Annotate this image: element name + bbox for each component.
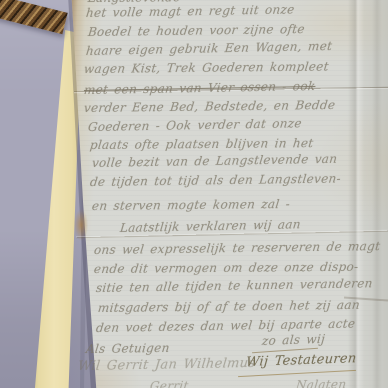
photo-of-manuscript: Langstlevende het volle magt en regt uit… — [0, 0, 388, 388]
witness-label: Als Getuigen — [85, 342, 170, 355]
clipped-bottom-text: Nalaten — [295, 378, 347, 388]
manuscript-line: Boedel te houden voor zijne ofte — [87, 23, 305, 38]
manuscript-line: wagen Kist, Trek Goederen kompleet — [83, 60, 329, 75]
manuscript-line: Goederen - Ook verder dat onze — [87, 117, 302, 133]
signature-right: Wij Testateuren — [245, 352, 357, 369]
manuscript-line: ende dit vermogen om deze onze dispo- — [93, 261, 359, 275]
paper-edge-stain — [72, 205, 90, 245]
vertical-fold-crease-2 — [372, 0, 382, 388]
manuscript-line: en sterven mogte komen zal - — [91, 198, 290, 212]
manuscript-line: verder Eene Bed, Bedstede, en Bedde — [83, 99, 336, 114]
manuscript-line: Langstlevende — [87, 0, 181, 4]
manuscript-line: plaats ofte plaatsen blijven in het — [89, 137, 314, 151]
manuscript-line: Laatstlijk verklaren wij aan — [119, 218, 301, 234]
manuscript-line: mitsgaders bij of af te doen het zij aan — [97, 299, 360, 314]
manuscript-line: ons wel expresselijk te reserveren de ma… — [93, 240, 381, 256]
manuscript-line: de tijden tot tijd als den Langstleven- — [89, 172, 341, 188]
signature-left: Wil Gerrit Jan Wilhelmus — [77, 357, 256, 373]
clipped-bottom-text: Gerrit — [149, 380, 189, 388]
closing-phrase: zo als wij — [261, 333, 325, 347]
manuscript-line: het volle magt en regt uit onze — [85, 3, 295, 19]
